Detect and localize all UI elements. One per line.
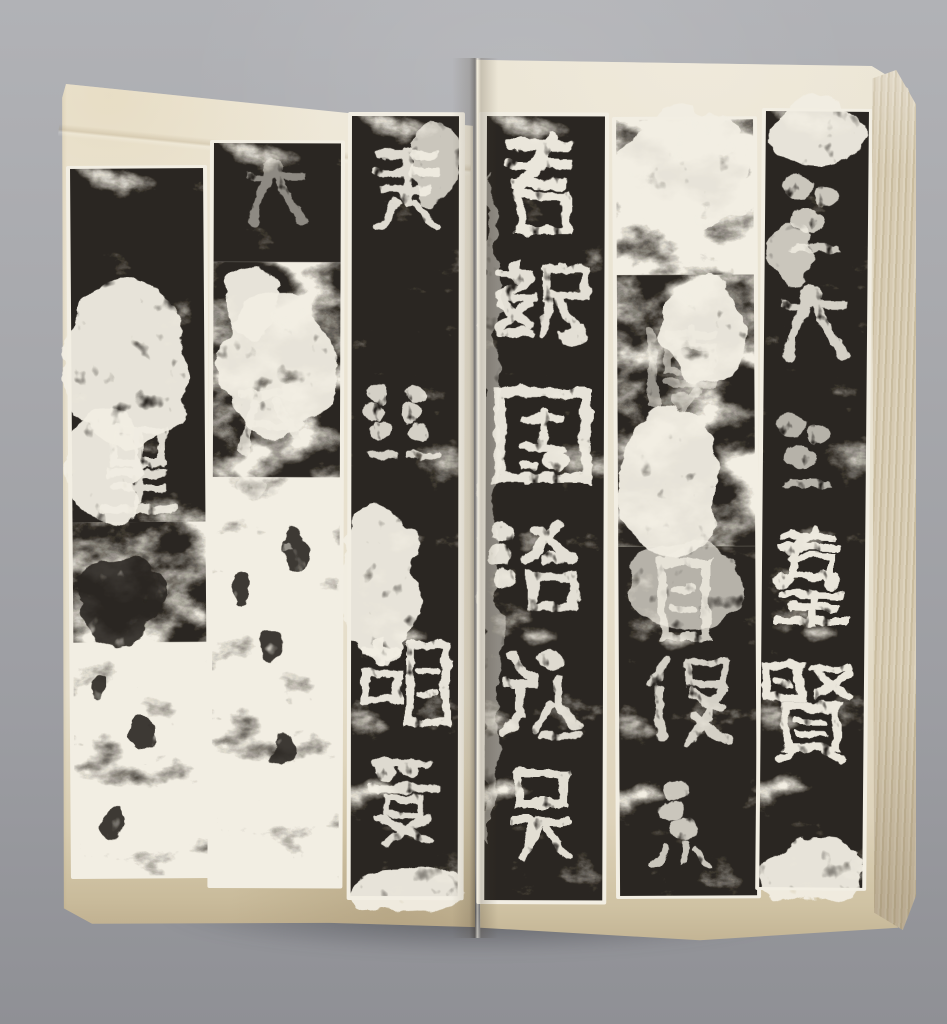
effaced-area (662, 273, 744, 383)
effaced-area (223, 267, 277, 342)
rubbing-strip-left-3 (340, 112, 465, 912)
rubbing-strip-right-3 (755, 100, 873, 902)
ink-blotch (80, 557, 165, 643)
effaced-area (619, 406, 718, 563)
ink-blotch (258, 630, 280, 667)
rubbing-strip-left-2 (207, 140, 345, 888)
photograph-rubbing-album (0, 0, 947, 1024)
ink-blotch (273, 739, 292, 769)
ink-blotch (129, 718, 157, 754)
rubbing-strip-left-1 (62, 165, 212, 879)
ink-blotch (234, 574, 250, 604)
ink-blotch (103, 807, 123, 836)
ink-blotch (279, 529, 306, 574)
book-fore-edge-leaves (872, 70, 916, 930)
rubbing-strip-right-2 (612, 108, 761, 899)
book-gutter-fold (452, 58, 498, 938)
effaced-area (618, 108, 752, 234)
effaced-area (347, 865, 464, 912)
